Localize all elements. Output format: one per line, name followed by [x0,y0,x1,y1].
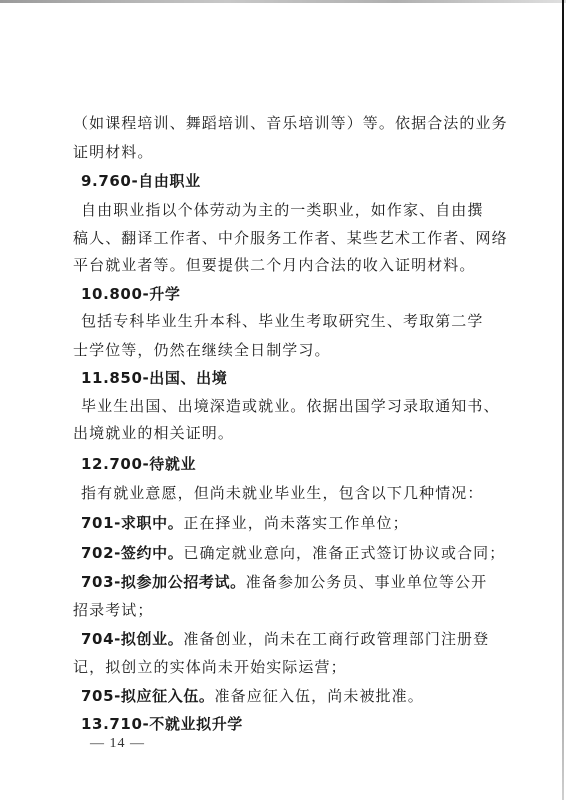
list-item-703: 703-拟参加公招考试。准备参加公务员、事业单位等公开 [81,572,487,592]
list-item-text: 准备创业，尚未在工商行政管理部门注册登 [183,630,489,648]
list-item-text: 准备参加公务员、事业单位等公开 [246,573,488,591]
paragraph-line: （如课程培训、舞蹈培训、音乐培训等）等。依据合法的业务 [73,113,508,133]
section-heading-no-employment-further-study: 13.710-不就业拟升学 [81,714,243,734]
paragraph-line: 记，拟创立的实体尚未开始实际运营； [73,657,347,677]
paragraph-line: 证明材料。 [73,142,154,162]
list-item-label: 705-拟应征入伍。 [81,687,215,705]
page-number: — 14 — [90,736,145,752]
paragraph-line: 平台就业者等。但要提供二个月内合法的收入证明材料。 [73,255,476,275]
list-item-text: 已确定就业意向，准备正式签订协议或合同； [183,544,505,562]
paragraph-line: 出境就业的相关证明。 [73,423,234,443]
paragraph-line: 士学位等，仍然在继续全日制学习。 [73,340,331,360]
scan-top-edge [0,0,566,3]
section-heading-free-occupation: 9.760-自由职业 [81,171,201,191]
paragraph-line: 指有就业意愿，但尚未就业毕业生，包含以下几种情况： [81,483,484,503]
list-item-705: 705-拟应征入伍。准备应征入伍，尚未被批准。 [81,686,424,706]
section-heading-awaiting-employment: 12.700-待就业 [81,454,196,474]
list-item-label: 704-拟创业。 [81,630,183,648]
section-heading-go-abroad: 11.850-出国、出境 [81,368,227,388]
list-item-704: 704-拟创业。准备创业，尚未在工商行政管理部门注册登 [81,629,489,649]
paragraph-line: 招录考试； [73,600,154,620]
list-item-text: 正在择业，尚未落实工作单位； [183,514,408,532]
paragraph-line: 自由职业指以个体劳动为主的一类职业，如作家、自由撰 [81,200,484,220]
section-heading-further-study: 10.800-升学 [81,284,181,304]
paragraph-line: 包括专科毕业生升本科、毕业生考取研究生、考取第二学 [81,311,484,331]
list-item-701: 701-求职中。正在择业，尚未落实工作单位； [81,513,409,533]
list-item-label: 702-签约中。 [81,544,183,562]
list-item-label: 701-求职中。 [81,514,183,532]
paragraph-line: 毕业生出国、出境深造或就业。依据出国学习录取通知书、 [81,396,500,416]
list-item-label: 703-拟参加公招考试。 [81,573,246,591]
list-item-702: 702-签约中。已确定就业意向，准备正式签订协议或合同； [81,543,505,563]
paragraph-line: 稿人、翻译工作者、中介服务工作者、某些艺术工作者、网络 [73,228,508,248]
scan-right-edge [562,0,564,800]
list-item-text: 准备应征入伍，尚未被批准。 [215,687,424,705]
